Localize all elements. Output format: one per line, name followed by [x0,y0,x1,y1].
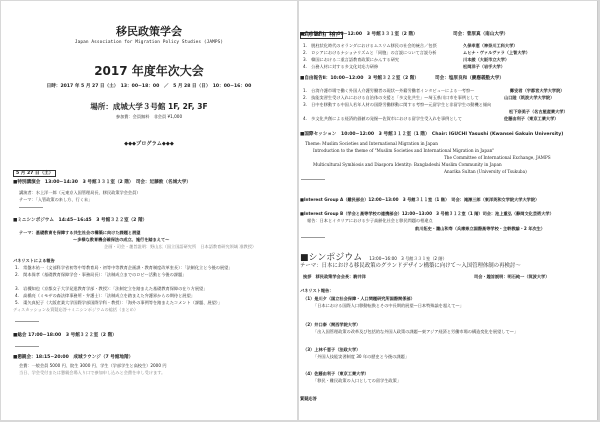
divider [15,321,39,322]
interest-group-b-report: 報告：日本とイタリアにおける少子高齢化社会と移民問題の相違点 [307,218,433,224]
symposium-panelist: （2）井口泰（関西学院大学） [303,322,360,328]
mini-symposium-heading: ■ミニシンポジウム 14:45~16:45 3 号館３２２室（2 階） [13,218,147,225]
event-datetime: 日時：2017 年 5 月 27 日（土） 13：00~18：00 ／ 5 月 … [1,84,297,91]
special-lecture-heading: ■特別講演会 13:00~14:30 3 号館３３１室（2 階） 司会：近藤敦（… [13,180,191,187]
free-report-2-chair: 司会：塩原良和（慶應義塾大学） [435,76,504,83]
program-heading: ◆◆◆プログラム◆◆◆ [1,141,297,148]
symposium-topic: 「日本における国際人口移動転換とその中長期的展望—日本特殊論を超えて—」 [313,303,464,309]
panelist-item: 2. 関本保孝（基礎教育保障学会・事務局長）：「法制成立までのロビー活動と今後の… [15,272,186,278]
special-lecture-speaker: 講演者：水上洋一郎（元東京入国管理局長、移民政策学会会員） [19,190,140,196]
report-title: 1. 台湾介護市場で働く外国人介護労働者の現状～外籍労働者インタビューによる一考… [303,88,474,94]
page-left: 移民政策学会 Japan Association for Migration P… [1,1,297,420]
symposium-greeting: 挨拶 移民政策学会会長：駒井洋 [303,274,366,280]
intl-session-intro-by: The Committee of International Exchange,… [444,155,551,161]
report-title: 3. 韓国における二重言語教育政策にかんする研究 [303,57,399,63]
general-meeting-heading: ■総会 17:00~18:00 3 号館３２２室（2 階） [13,333,117,340]
symposium-heading: ■シンポジウム 13:00~16:00 3 号館３３１室（2 階） [300,245,447,264]
symposium-theme: テーマ：日本における移民政策のグランドデザイン構築に向けて～入国管理体制の再検討… [300,263,521,270]
symposium-topic: 「出入国管理政策の改革及び包括的な外国人政策の課題—東アジア経済と労働市場の構造… [313,329,518,335]
panelist-item: 4. 高橋亮（ミモザの森法律事務所・弁護士）：「法制成立を踏まえた弁護界からの期… [15,293,195,299]
interest-group-b-presenters: 前川拓史・瀧山和寿（兵庫県立国際高等学校・主幹教諭・2 年次生） [415,226,545,232]
symposium-qa: 質疑応答 [300,396,317,402]
divider [301,237,325,238]
report-presenter: 川本綾（大阪市立大学） [463,57,509,63]
report-title: 2. 技能実習生受け入れにおける自治体の支援と「多文化共生」—埼玉県川口市を事例… [303,95,479,101]
report-presenter: 久保幸恵（神奈川工科大学） [463,43,517,49]
symposium-topic: 「移民・難民政策の入口としての留学生政策」 [313,378,401,384]
mini-symposium-chair: 企画・司会・趣旨説明：野山広（国立国語研究所 日本語教育研究領域 准教授） [104,244,256,250]
event-venue: 場所：成城大学３号館 1F, 2F, 3F [1,101,297,112]
report-presenter: 松岡洋子（岩手大学） [463,64,505,70]
society-title-en: Japan Association for Migration Policy S… [1,40,297,45]
society-title: 移民政策学会 [1,23,297,39]
panel-heading: パネリストによる報告 [13,258,55,264]
symposium-chair: 司会・趣旨説明：明石純一（筑波大学） [474,274,549,280]
symposium-panelist: （4）佐藤由利子（東京工業大学） [303,371,369,377]
page-right: 5 月 28 日（日） ■自由報告Ⅰ：10:00~12:00 3 号館３３１室（… [299,1,598,420]
panelist-item: 3. 岩槻知也（京都女子大学発達教育学部・教授）：「法制定立を踏まえた基礎教育保… [15,286,207,292]
mini-symposium-theme: テーマ：基礎教育を保障する共生社会の構築に向けた課題と展望 [19,230,140,236]
divider [19,207,43,208]
report-title: 2. ロシアにおけるナショナリズムと「同胞」の言説について言説分析 [303,50,436,56]
report-title: 4. 公務人材に対する多文化対応力研修 [303,64,378,70]
discussion-note: ディスカッション＆質疑応答＋ミニシンポジウムの総括（まとめ） [13,307,138,313]
report-presenter: 松下奈美子（名古屋産業大学） [509,109,568,115]
intl-session-theme: Theme: Muslim Societies and Internationa… [305,141,438,147]
event-fee: 参加費：会員無料 非会員 ¥1,000 [1,114,297,120]
report-title: 4. 多文化共創による経済的価値の発掘—佐賀市における留学生受入れを事例として [303,116,462,122]
symposium-panelist: （1）是川夕（国立社会保障・人口問題研究所国際関係部） [303,296,415,302]
reception-heading: ■懇親会：18:15~20:00 成城ラウンジ（7 号館地階） [13,355,133,362]
symposium-topic: 「外国人技能実習制度 30 年の歴史と今後の課題」 [313,354,409,360]
report-presenter: 鄭安君（宇都宮大学大学院） [510,88,564,94]
free-report-1-heading: ■自由報告Ⅰ：10:00~12:00 3 号館３３１室（2 階） [300,32,418,39]
special-lecture-theme: テーマ：「入管政策の来し方、行く末」 [19,197,92,203]
free-report-1-chair: 司会：菅原真（南山大学） [453,32,508,39]
report-title: 1. 脱柱状化時代のオランダにおけるムスリム移民の社会的統合／包摂 [303,43,437,49]
symposium-title: ■シンポジウム [300,253,362,263]
report-presenter: 山口陸（筑波大学大学院） [504,95,554,101]
intl-session-heading: ■国際セッション 10:00~12:00 3 号館３１２室（1 階） Chair… [300,132,563,139]
intl-session-talk-by: Anarika Sultan (University of Tsukuba) [444,169,527,175]
free-report-2-heading: ■自由報告Ⅱ：10:00~12:00 3 号館３２２室（2 階） [300,76,419,83]
panelist-item: 1. 常盤木祐一（文部科学省初等中等教育局・初等中等教育企画課・教育制度改革室長… [15,265,233,271]
report-title: 3. 日中を移動する中国人若年人材の国際労働移動に関する考察—元留学生と非留学生… [303,102,491,108]
day1-label: 5 月 27 日（土） [13,170,56,177]
report-presenter: ムヒナ・ヴァルヴァラ（上智大学） [463,50,530,56]
report-presenter: 佐藤由利子（東京工業大学） [504,116,558,122]
divider [301,179,325,180]
reception-note: 当日、学会受付または懇親会場入り口で参加申し込みと会費を申し受けます。 [19,370,165,376]
symposium-panelist: （3）上林千恵子（法政大学） [303,347,360,353]
reception-fee: 会費：一般会員 5000 円、院生 3000 円、学生（学部学生と高校生）200… [19,363,167,369]
interest-group-a-heading: ■Interest Group A（難民部会）12:00~13:00 3 号館３… [300,197,539,203]
divider [15,346,39,347]
mini-symposium-subtheme: ～多様な教育機会確保法の成立、施行を踏まえて～ [73,237,169,243]
symposium-panel-heading: パネリスト報告： [300,288,333,294]
interest-group-b-heading: ■Interest Group B（学会と高等学校の連携部会）12:00~13:… [300,211,554,217]
intl-session-intro: Introduction to the theme of "Muslim Soc… [313,148,494,154]
panelist-item: 5. 棗矢真紀子（大阪産業大学国際学部国際学科・教授）：「海外の事例等を踏まえた… [15,300,222,306]
symposium-time: 13:00~16:00 3 号館３３１室（2 階） [369,256,447,261]
event-title: 2017 年度年次大会 [1,62,297,79]
intl-session-talk: Multicultural Symbiosis and Diaspora Ide… [313,162,502,168]
